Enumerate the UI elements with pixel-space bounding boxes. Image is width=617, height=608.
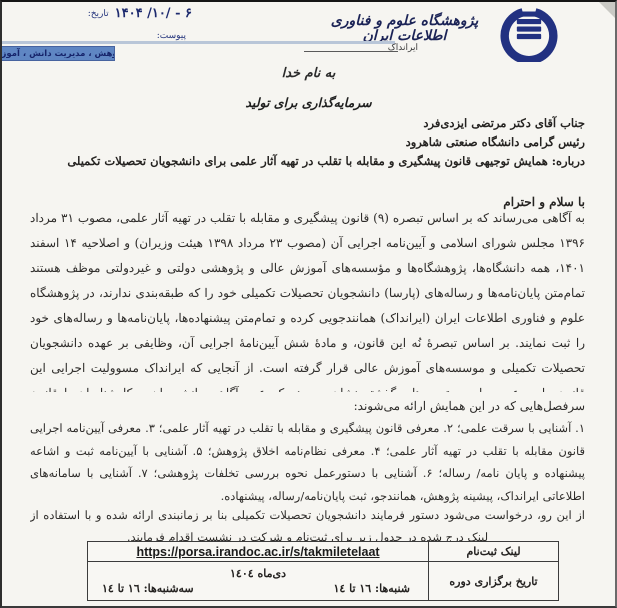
letter-page: پژوهشگاه علوم و فناوری اطلاعات ایران ایر… — [0, 0, 617, 608]
schedule-saturdays: شنبه‌ها: ١٦ تا ١٤ — [333, 582, 410, 595]
date-value: ۱۴۰۴ /۱۰/ - ۶ — [115, 6, 192, 21]
letter-subject: درباره: همایش توجیهی قانون پیشگیری و مقا… — [30, 152, 585, 171]
topics-intro: سرفصل‌هایی که در این همایش ارائه می‌شوند… — [30, 394, 585, 418]
date-label: تاریخ: — [88, 6, 109, 19]
body-paragraph: به آگاهی می‌رساند که بر اساس تبصره (۹) ق… — [30, 206, 585, 392]
schedule-label-cell: تاریخ برگزاری دوره — [428, 562, 558, 600]
date-attachment-block: ۱۴۰۴ /۱۰/ - ۶ تاریخ: پیوست: — [16, 6, 192, 41]
irandoc-logo-icon — [497, 4, 561, 62]
registration-table: لینک ثبت‌نام https://porsa.irandoc.ac.ir… — [87, 541, 559, 601]
schedule-month: دی‌ماه ١٤٠٤ — [230, 567, 286, 580]
recipient-name: جناب آقای دکتر مرتضی ایزدی‌فرد — [30, 114, 585, 133]
letterhead-rule — [304, 51, 398, 52]
institute-short-name: ایرانداک — [388, 43, 418, 53]
recipient-title: رئیس گرامی دانشگاه صنعتی شاهرود — [30, 133, 585, 152]
topics-list: ۱. آشنایی با سرقت علمی؛ ۲. معرفی قانون پ… — [30, 417, 585, 507]
recipient-block: جناب آقای دکتر مرتضی ایزدی‌فرد رئیس گرام… — [30, 114, 585, 171]
register-link-cell: https://porsa.irandoc.ac.ir/s/takmiletel… — [88, 542, 428, 562]
registration-link[interactable]: https://porsa.irandoc.ac.ir/s/takmiletel… — [136, 545, 379, 559]
attachment-label: پیوست: — [157, 28, 186, 41]
department-badge: پژوهش ، مدیریت دانش ، آموزش — [2, 46, 115, 61]
register-link-label-cell: لینک ثبت‌نام — [428, 542, 558, 562]
letterhead-stripe — [2, 41, 395, 44]
institute-name: پژوهشگاه علوم و فناوری اطلاعات ایران — [322, 14, 487, 44]
closing-paragraph: از این رو، درخواست می‌شود دستور فرمایند … — [30, 504, 585, 544]
schedule-cell: دی‌ماه ١٤٠٤ شنبه‌ها: ١٦ تا ١٤ سه‌شنبه‌ها… — [88, 562, 428, 600]
year-slogan: سرمایه‌گذاری برای تولید — [2, 95, 615, 110]
scan-corner-fold — [599, 2, 615, 18]
bismillah-text: به نام خدا — [2, 66, 615, 81]
schedule-tuesdays: سه‌شنبه‌ها: ١٦ تا ١٤ — [102, 582, 194, 595]
